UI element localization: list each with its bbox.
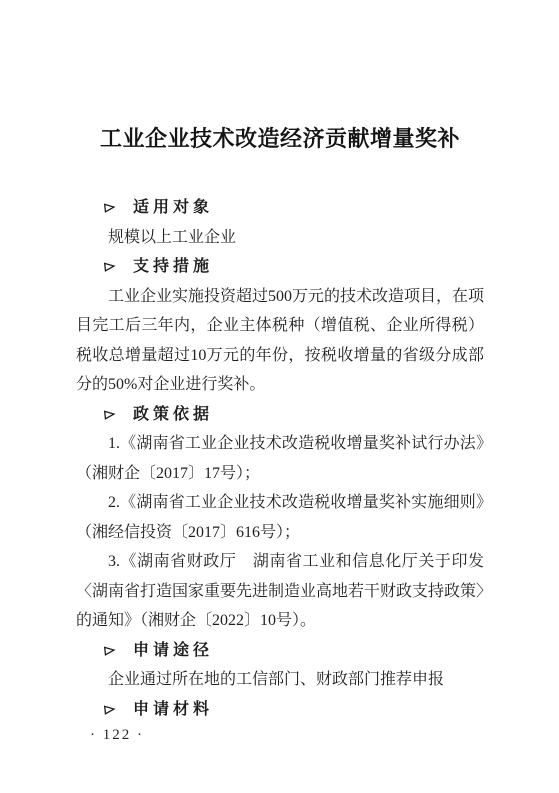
arrow-bullet-icon xyxy=(103,201,116,214)
document-body: 适用对象 规模以上工业企业 支持措施 工业企业实施投资超过500万元的技术改造项… xyxy=(76,193,484,724)
heading-label: 申请途径 xyxy=(133,636,213,666)
paragraph: 规模以上工业企业 xyxy=(76,223,484,253)
section-heading-support-measures: 支持措施 xyxy=(76,252,484,282)
page-number: · 122 · xyxy=(90,726,144,744)
paragraph: 1.《湖南省工业企业技术改造税收增量奖补试行办法》（湘财企〔2017〕17号）； xyxy=(76,429,484,488)
arrow-bullet-icon xyxy=(103,644,116,657)
page-title: 工业企业技术改造经济贡献增量奖补 xyxy=(76,122,484,156)
section-heading-application-channel: 申请途径 xyxy=(76,636,484,666)
heading-label: 支持措施 xyxy=(133,252,213,282)
paragraph: 企业通过所在地的工信部门、财政部门推荐申报 xyxy=(76,665,484,695)
document-page: 工业企业技术改造经济贡献增量奖补 适用对象 规模以上工业企业 支持措施 工业企业… xyxy=(0,0,559,793)
section-heading-policy-basis: 政策依据 xyxy=(76,400,484,430)
paragraph: 工业企业实施投资超过500万元的技术改造项目，在项目完工后三年内，企业主体税种（… xyxy=(76,282,484,400)
paragraph: 3.《湖南省财政厅 湖南省工业和信息化厅关于印发〈湖南省打造国家重要先进制造业高… xyxy=(76,547,484,636)
arrow-bullet-icon xyxy=(103,260,116,273)
arrow-bullet-icon xyxy=(103,703,116,716)
section-heading-application-materials: 申请材料 xyxy=(76,695,484,725)
heading-label: 申请材料 xyxy=(133,695,213,725)
arrow-bullet-icon xyxy=(103,408,116,421)
section-heading-applicable-targets: 适用对象 xyxy=(76,193,484,223)
heading-label: 适用对象 xyxy=(133,193,213,223)
heading-label: 政策依据 xyxy=(133,400,213,430)
paragraph: 2.《湖南省工业企业技术改造税收增量奖补实施细则》（湘经信投资〔2017〕616… xyxy=(76,488,484,547)
